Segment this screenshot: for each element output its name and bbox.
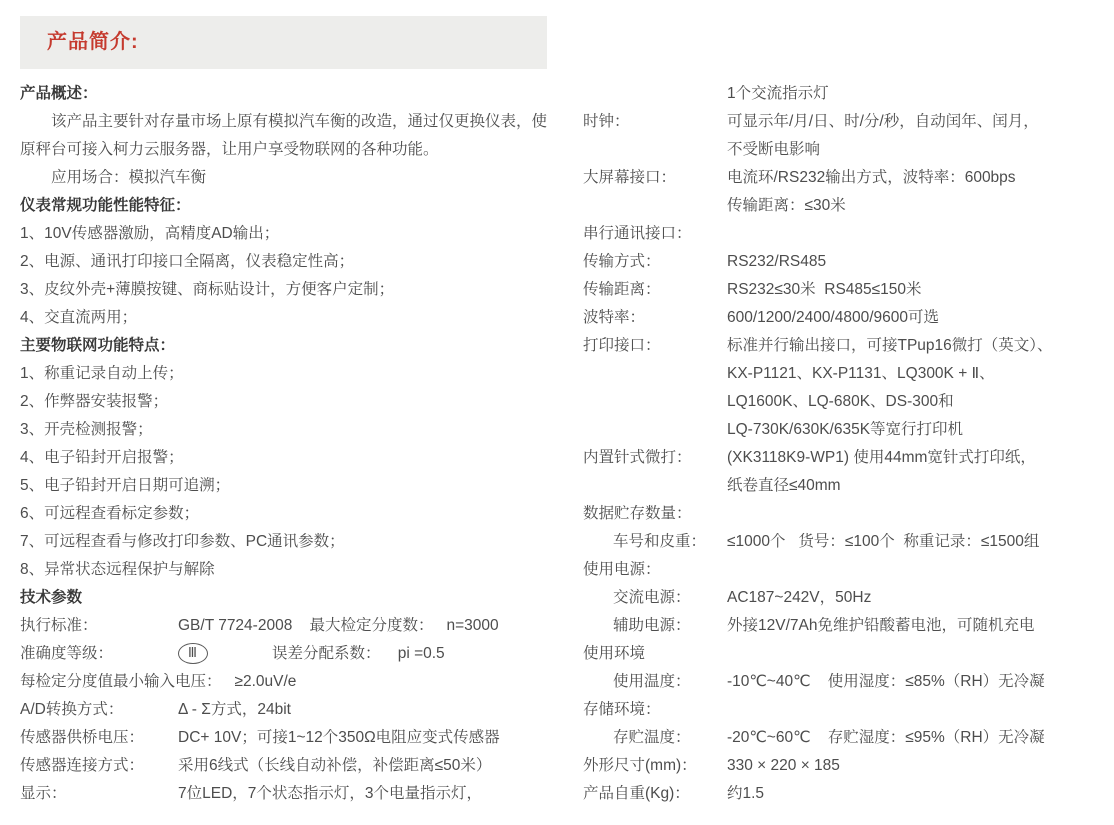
page-title: 产品简介:	[47, 31, 139, 53]
spec-value: 可显示年/月/日、时/分/秒，自动闰年、闰月，	[727, 108, 1111, 136]
spec-value: Ⅲ误差分配系数： pi =0.5	[178, 640, 552, 668]
spec-value: 约1.5	[727, 780, 1111, 808]
spec-label: 数据贮存数量：	[583, 500, 727, 528]
spec-row: A/D转换方式：Δ - Σ方式，24bit	[20, 696, 552, 724]
spec-label: 辅助电源：	[583, 612, 727, 640]
spec-row: 显示：7位LED，7个状态指示灯，3个电量指示灯，	[20, 780, 552, 808]
spec-value: AC187~242V，50Hz	[727, 584, 1111, 612]
spec-value: DC+ 10V；可接1~12个350Ω电阻应变式传感器	[178, 724, 552, 752]
spec-label: A/D转换方式：	[20, 696, 178, 724]
spec-label: 车号和皮重：	[583, 528, 727, 556]
spec-label: 传感器供桥电压：	[20, 724, 178, 752]
section-heading: 技术参数	[20, 584, 552, 612]
spec-value: 采用6线式（长线自动补偿，补偿距离≤50米）	[178, 752, 552, 780]
spec-row: 存储环境：	[583, 696, 1111, 724]
body-text-line: 2、电源、通讯打印接口全隔离，仪表稳定性高；	[20, 248, 552, 276]
spec-label: 传感器连接方式：	[20, 752, 178, 780]
body-text-line: 该产品主要针对存量市场上原有模拟汽车衡的改造，通过仅更换仪表，使原秤台可接入柯力…	[20, 108, 552, 164]
section-heading: 产品概述：	[20, 80, 552, 108]
body-text-line: 7、可远程查看与修改打印参数、PC通讯参数；	[20, 528, 552, 556]
spec-label: 外形尺寸(mm)：	[583, 752, 727, 780]
spec-row: 传输距离：RS232≤30米 RS485≤150米	[583, 276, 1111, 304]
spec-row: 产品自重(Kg)：约1.5	[583, 780, 1111, 808]
spec-row: 1个交流指示灯	[583, 80, 1111, 108]
spec-row: 每检定分度值最小输入电压： ≥2.0uV/e	[20, 668, 552, 696]
spec-value: 7位LED，7个状态指示灯，3个电量指示灯，	[178, 780, 552, 808]
spec-row: 存贮温度：-20℃~60℃ 存贮湿度：≤95%（RH）无冷凝	[583, 724, 1111, 752]
spec-row: 交流电源：AC187~242V，50Hz	[583, 584, 1111, 612]
spec-label: 使用温度：	[583, 668, 727, 696]
spec-row: 外形尺寸(mm)：330 × 220 × 185	[583, 752, 1111, 780]
spec-value-text: 误差分配系数： pi =0.5	[272, 645, 445, 662]
spec-value: 600/1200/2400/4800/9600可选	[727, 304, 1111, 332]
spec-value: ≥2.0uV/e	[222, 668, 552, 696]
spec-row: 大屏幕接口：电流环/RS232输出方式，波特率：600bps	[583, 164, 1111, 192]
spec-row: 辅助电源：外接12V/7Ah免维护铅酸蓄电池，可随机充电	[583, 612, 1111, 640]
spec-value: 1个交流指示灯	[727, 80, 1111, 108]
spec-label: 显示：	[20, 780, 178, 808]
spec-label: 时钟：	[583, 108, 727, 136]
spec-value: 不受断电影响	[727, 136, 1111, 164]
spec-value: 外接12V/7Ah免维护铅酸蓄电池，可随机充电	[727, 612, 1111, 640]
spec-row: 执行标准：GB/T 7724-2008 最大检定分度数： n=3000	[20, 612, 552, 640]
spec-value: -20℃~60℃ 存贮湿度：≤95%（RH）无冷凝	[727, 724, 1111, 752]
spec-label: 存贮温度：	[583, 724, 727, 752]
spec-value: 标准并行输出接口，可接TPup16微打（英文）、	[727, 332, 1111, 360]
spec-row: 传感器连接方式：采用6线式（长线自动补偿，补偿距离≤50米）	[20, 752, 552, 780]
spec-value: 330 × 220 × 185	[727, 752, 1111, 780]
right-column: 1个交流指示灯时钟：可显示年/月/日、时/分/秒，自动闰年、闰月，不受断电影响大…	[583, 80, 1111, 808]
spec-value: -10℃~40℃ 使用湿度：≤85%（RH）无冷凝	[727, 668, 1111, 696]
spec-value: (XK3118K9-WP1) 使用44mm宽针式打印纸，	[727, 444, 1111, 472]
product-intro-page: 产品简介: 产品概述：该产品主要针对存量市场上原有模拟汽车衡的改造，通过仅更换仪…	[0, 0, 1114, 825]
spec-row: LQ1600K、LQ-680K、DS-300和	[583, 388, 1111, 416]
body-text-line: 2、作弊器安装报警；	[20, 388, 552, 416]
accuracy-class-oval: Ⅲ	[178, 643, 208, 664]
body-text-line: 1、称重记录自动上传；	[20, 360, 552, 388]
body-text-line: 6、可远程查看标定参数；	[20, 500, 552, 528]
spec-row: 车号和皮重：≤1000个 货号：≤100个 称重记录：≤1500组	[583, 528, 1111, 556]
body-text-line: 3、皮纹外壳+薄膜按键、商标贴设计，方便客户定制；	[20, 276, 552, 304]
spec-row: 传输方式：RS232/RS485	[583, 248, 1111, 276]
spec-row: 串行通讯接口：	[583, 220, 1111, 248]
body-text-line: 8、异常状态远程保护与解除	[20, 556, 552, 584]
spec-label: 执行标准：	[20, 612, 178, 640]
spec-row: LQ-730K/630K/635K等宽行打印机	[583, 416, 1111, 444]
spec-value: RS232≤30米 RS485≤150米	[727, 276, 1111, 304]
spec-row: 传感器供桥电压：DC+ 10V；可接1~12个350Ω电阻应变式传感器	[20, 724, 552, 752]
spec-value: Δ - Σ方式，24bit	[178, 696, 552, 724]
spec-row: 内置针式微打：(XK3118K9-WP1) 使用44mm宽针式打印纸，	[583, 444, 1111, 472]
spec-label: 波特率：	[583, 304, 727, 332]
section-heading: 仪表常规功能性能特征：	[20, 192, 552, 220]
body-text-line: 3、开壳检测报警；	[20, 416, 552, 444]
spec-value: LQ1600K、LQ-680K、DS-300和	[727, 388, 1111, 416]
spec-label: 传输方式：	[583, 248, 727, 276]
spec-label: 使用电源：	[583, 556, 727, 584]
spec-value: 传输距离：≤30米	[727, 192, 1111, 220]
spec-row: 准确度等级：Ⅲ误差分配系数： pi =0.5	[20, 640, 552, 668]
left-column: 产品概述：该产品主要针对存量市场上原有模拟汽车衡的改造，通过仅更换仪表，使原秤台…	[20, 80, 552, 808]
spec-row: 时钟：可显示年/月/日、时/分/秒，自动闰年、闰月，	[583, 108, 1111, 136]
spec-value: 纸卷直径≤40mm	[727, 472, 1111, 500]
spec-value: RS232/RS485	[727, 248, 1111, 276]
section-title-box: 产品简介:	[20, 16, 547, 69]
spec-row: 传输距离：≤30米	[583, 192, 1111, 220]
body-text-line: 4、电子铅封开启报警；	[20, 444, 552, 472]
spec-label: 大屏幕接口：	[583, 164, 727, 192]
spec-row: KX-P1121、KX-P1131、LQ300K + Ⅱ、	[583, 360, 1111, 388]
spec-value: ≤1000个 货号：≤100个 称重记录：≤1500组	[727, 528, 1111, 556]
spec-row: 使用环境	[583, 640, 1111, 668]
spec-label: 使用环境	[583, 640, 727, 668]
body-text-line: 应用场合：模拟汽车衡	[20, 164, 552, 192]
spec-label: 内置针式微打：	[583, 444, 727, 472]
spec-value: KX-P1121、KX-P1131、LQ300K + Ⅱ、	[727, 360, 1111, 388]
section-heading: 主要物联网功能特点：	[20, 332, 552, 360]
spec-value: 电流环/RS232输出方式，波特率：600bps	[727, 164, 1111, 192]
spec-value: GB/T 7724-2008 最大检定分度数： n=3000	[178, 612, 552, 640]
spec-label: 交流电源：	[583, 584, 727, 612]
body-text-line: 5、电子铅封开启日期可追溯；	[20, 472, 552, 500]
body-text-line: 4、交直流两用；	[20, 304, 552, 332]
spec-row: 不受断电影响	[583, 136, 1111, 164]
spec-row: 使用温度：-10℃~40℃ 使用湿度：≤85%（RH）无冷凝	[583, 668, 1111, 696]
spec-row: 纸卷直径≤40mm	[583, 472, 1111, 500]
spec-label: 传输距离：	[583, 276, 727, 304]
spec-row: 波特率：600/1200/2400/4800/9600可选	[583, 304, 1111, 332]
spec-row: 打印接口：标准并行输出接口，可接TPup16微打（英文）、	[583, 332, 1111, 360]
spec-label: 存储环境：	[583, 696, 727, 724]
spec-label: 串行通讯接口：	[583, 220, 727, 248]
spec-label: 准确度等级：	[20, 640, 178, 668]
spec-label: 每检定分度值最小输入电压：	[20, 668, 222, 696]
body-text-line: 1、10V传感器激励，高精度AD输出；	[20, 220, 552, 248]
spec-label: 产品自重(Kg)：	[583, 780, 727, 808]
spec-value: LQ-730K/630K/635K等宽行打印机	[727, 416, 1111, 444]
spec-label: 打印接口：	[583, 332, 727, 360]
spec-row: 使用电源：	[583, 556, 1111, 584]
spec-row: 数据贮存数量：	[583, 500, 1111, 528]
